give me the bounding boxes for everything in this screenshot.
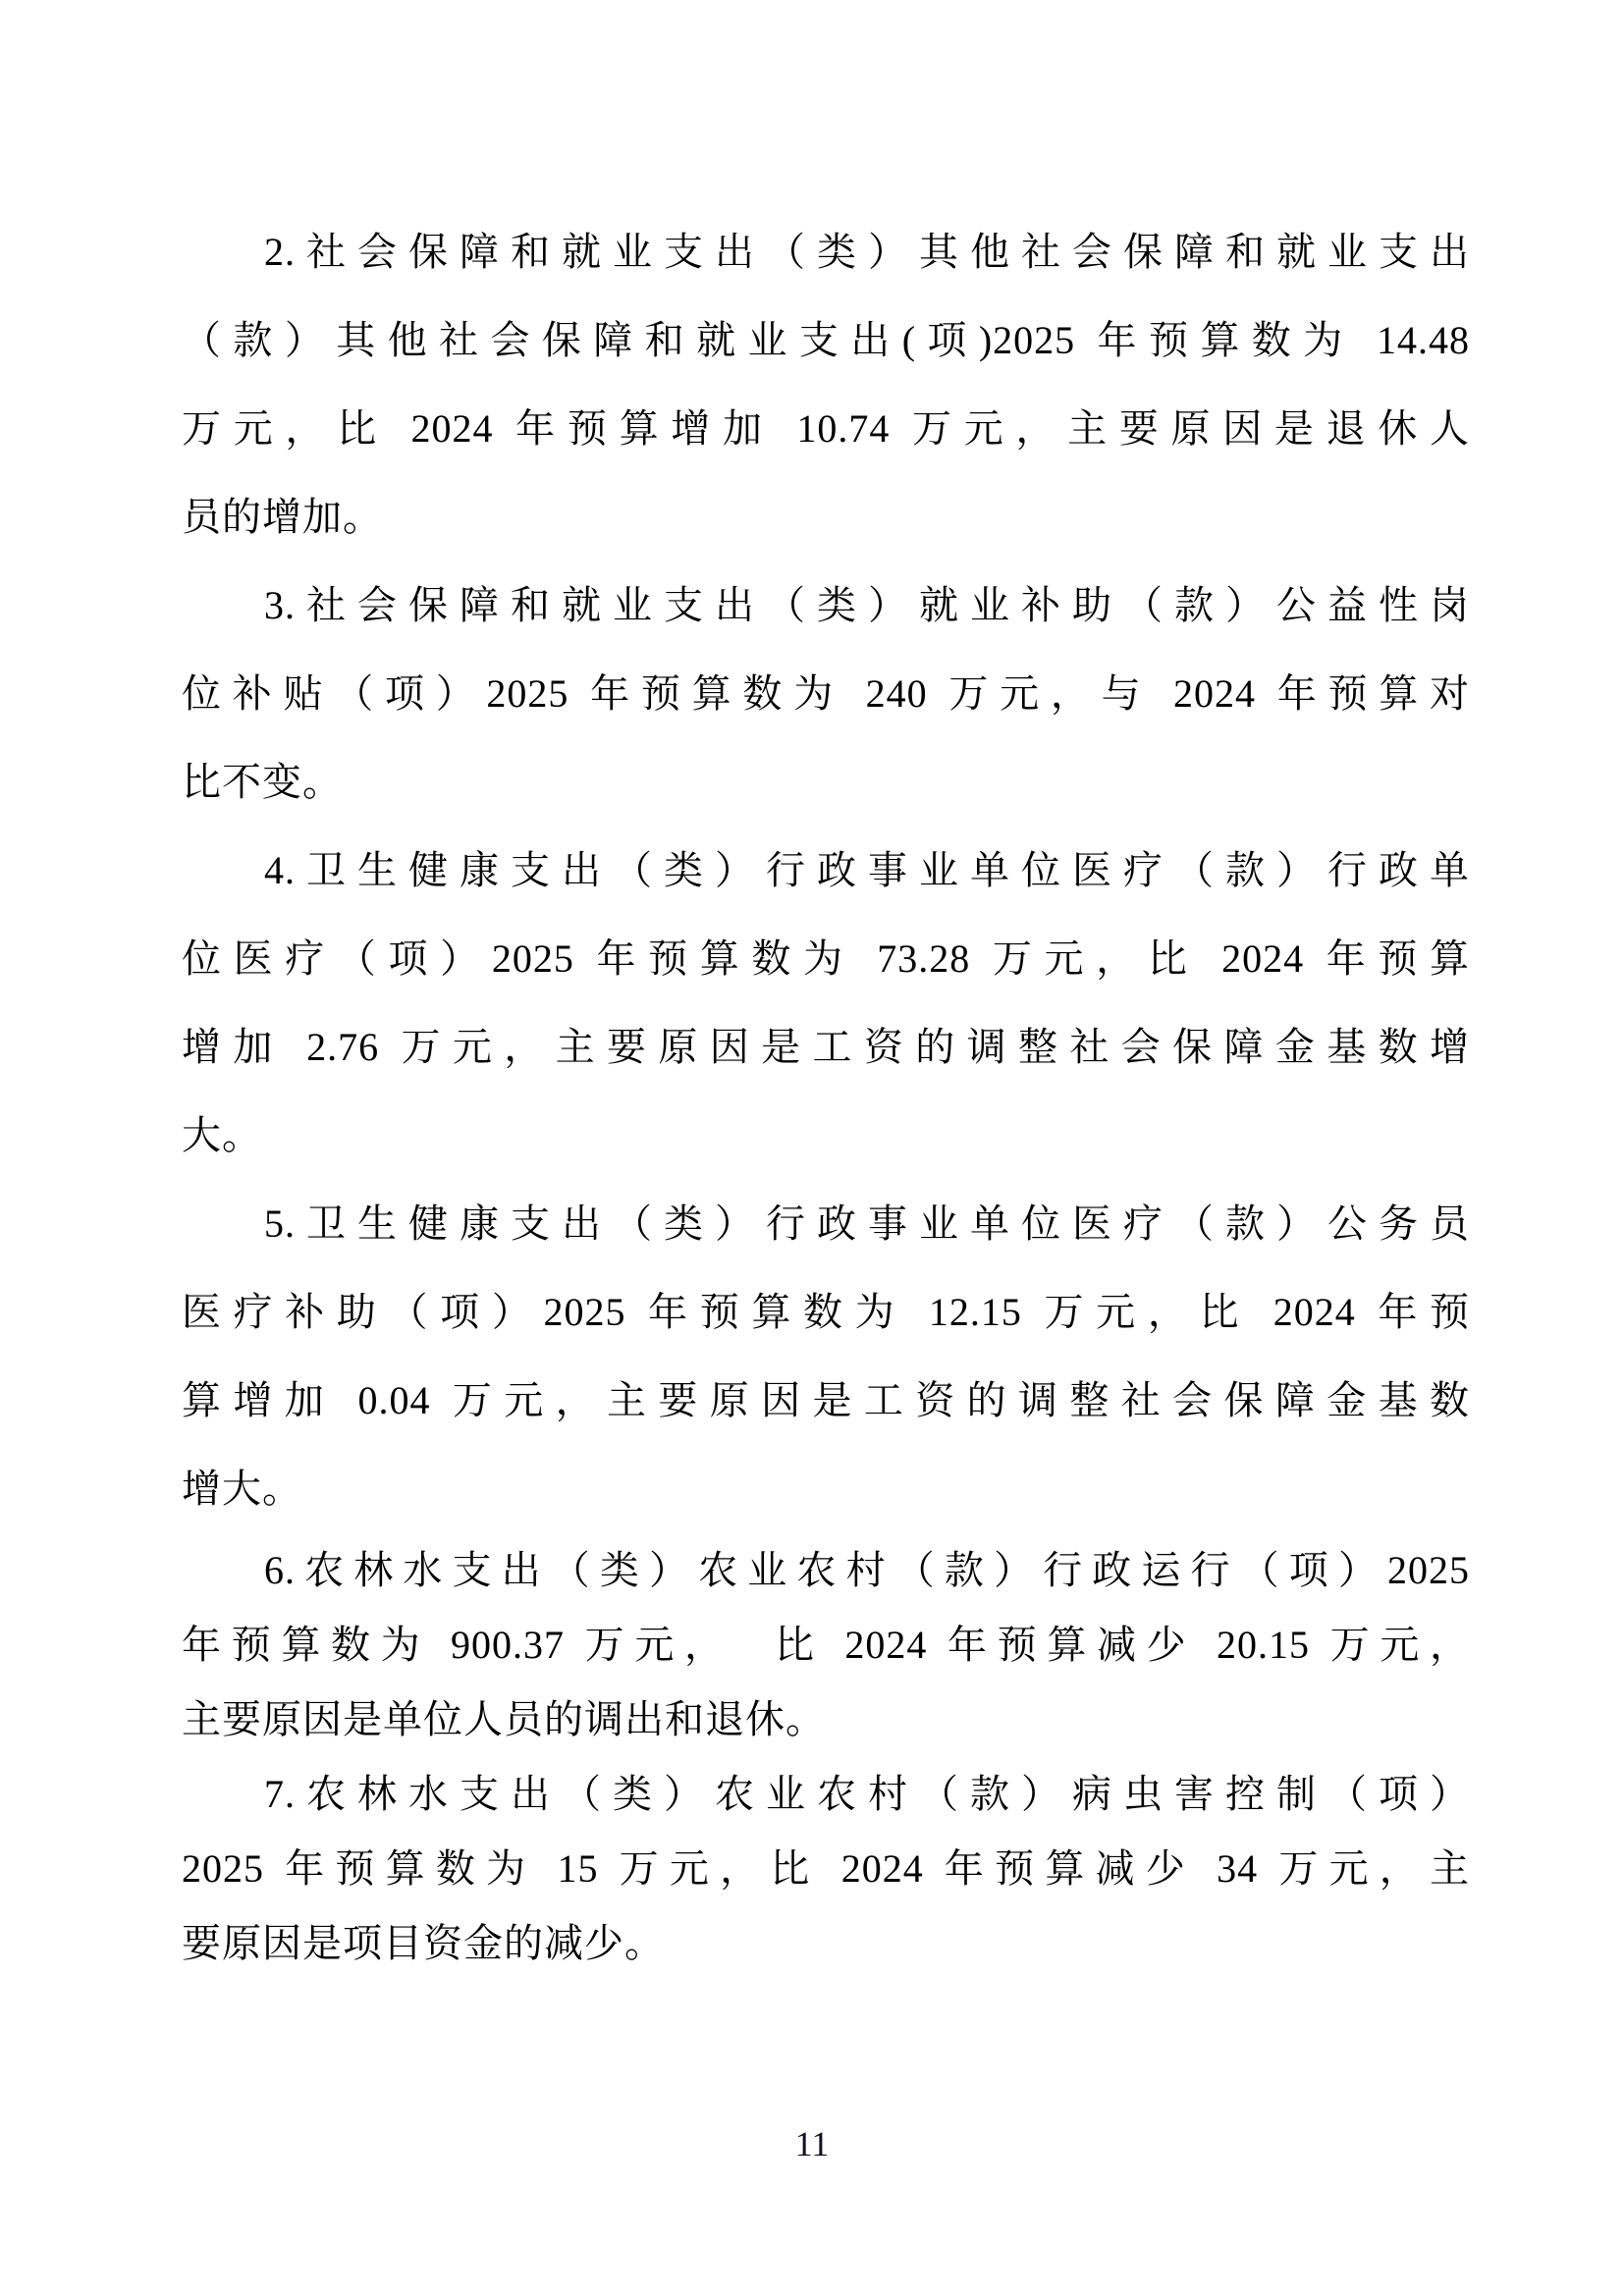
document-body: 2.社会保障和就业支出（类）其他社会保障和就业支出 （款）其他社会保障和就业支出…	[182, 208, 1470, 1981]
text-line: 位医疗（项）2025 年预算数为 73.28 万元，比 2024 年预算	[182, 915, 1470, 1003]
text-line: 4.卫生健康支出（类）行政事业单位医疗（款）行政单	[182, 827, 1470, 915]
text-line: 主要原因是单位人员的调出和退休。	[182, 1682, 1470, 1757]
text-line: 3.社会保障和就业支出（类）就业补助（款）公益性岗	[182, 561, 1470, 650]
paragraph-4: 4.卫生健康支出（类）行政事业单位医疗（款）行政单 位医疗（项）2025 年预算…	[182, 827, 1470, 1180]
text-line: 位补贴（项）2025 年预算数为 240 万元，与 2024 年预算对	[182, 650, 1470, 738]
text-line: 要原因是项目资金的减少。	[182, 1906, 1470, 1981]
text-line: 2.社会保障和就业支出（类）其他社会保障和就业支出	[182, 208, 1470, 296]
text-line: 年预算数为 900.37 万元， 比 2024 年预算减少 20.15 万元，	[182, 1608, 1470, 1682]
text-line: 万元，比 2024 年预算增加 10.74 万元，主要原因是退休人	[182, 385, 1470, 473]
paragraph-7: 7.农林水支出（类）农业农村（款）病虫害控制（项） 2025 年预算数为 15 …	[182, 1757, 1470, 1981]
text-line: 6.农林水支出（类）农业农村（款）行政运行（项）2025	[182, 1533, 1470, 1608]
text-line: （款）其他社会保障和就业支出(项)2025 年预算数为 14.48	[182, 296, 1470, 385]
paragraph-3: 3.社会保障和就业支出（类）就业补助（款）公益性岗 位补贴（项）2025 年预算…	[182, 561, 1470, 827]
text-line: 比不变。	[182, 738, 1470, 827]
text-line: 增加 2.76 万元，主要原因是工资的调整社会保障金基数增	[182, 1003, 1470, 1092]
text-line: 医疗补助（项）2025 年预算数为 12.15 万元，比 2024 年预	[182, 1268, 1470, 1357]
paragraph-6: 6.农林水支出（类）农业农村（款）行政运行（项）2025 年预算数为 900.3…	[182, 1533, 1470, 1757]
paragraph-5: 5.卫生健康支出（类）行政事业单位医疗（款）公务员 医疗补助（项）2025 年预…	[182, 1180, 1470, 1533]
page-number: 11	[0, 2122, 1624, 2165]
text-line: 增大。	[182, 1445, 1470, 1533]
text-line: 2025 年预算数为 15 万元，比 2024 年预算减少 34 万元，主	[182, 1832, 1470, 1906]
paragraph-2: 2.社会保障和就业支出（类）其他社会保障和就业支出 （款）其他社会保障和就业支出…	[182, 208, 1470, 561]
text-line: 7.农林水支出（类）农业农村（款）病虫害控制（项）	[182, 1757, 1470, 1832]
document-page: 2.社会保障和就业支出（类）其他社会保障和就业支出 （款）其他社会保障和就业支出…	[0, 0, 1624, 2296]
text-line: 员的增加。	[182, 473, 1470, 561]
text-line: 大。	[182, 1092, 1470, 1180]
text-line: 5.卫生健康支出（类）行政事业单位医疗（款）公务员	[182, 1180, 1470, 1268]
text-line: 算增加 0.04 万元，主要原因是工资的调整社会保障金基数	[182, 1357, 1470, 1445]
